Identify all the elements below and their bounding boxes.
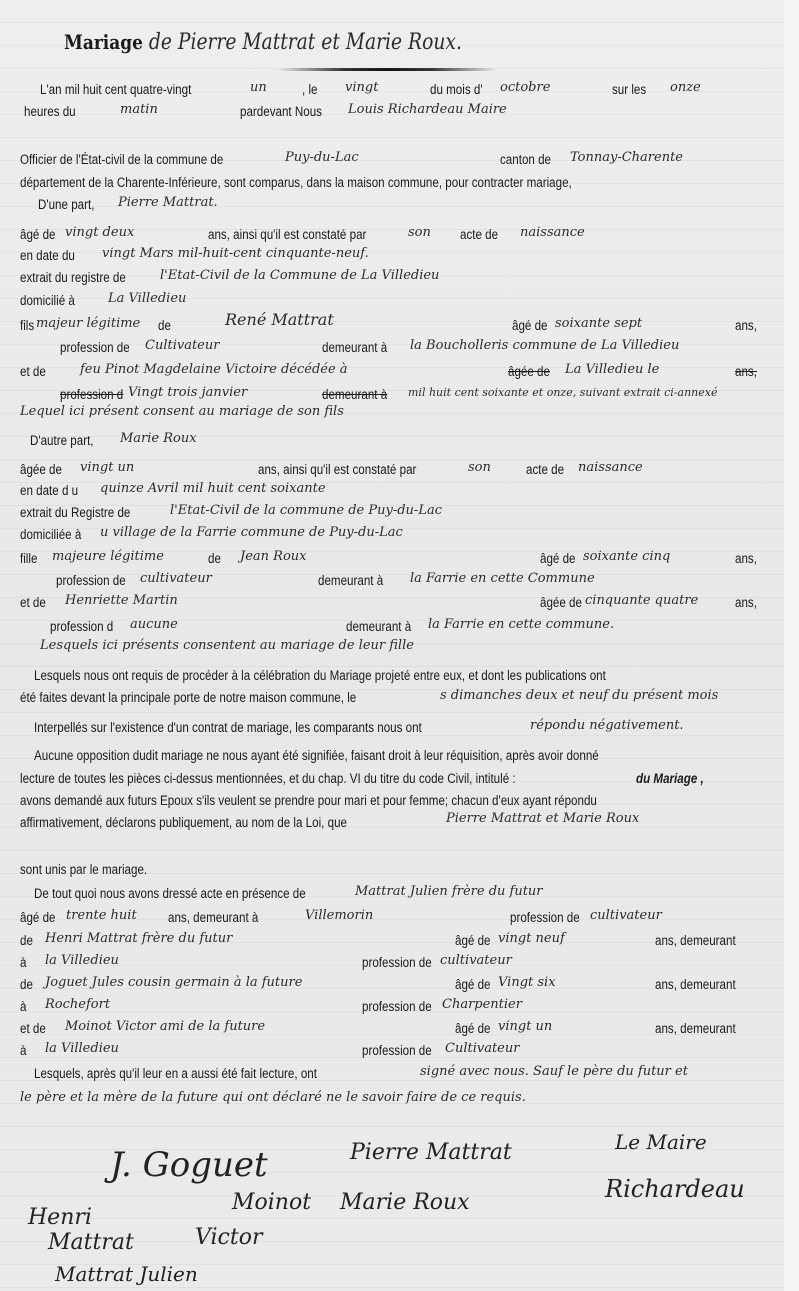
handwritten-bride-mother: Henriette Martin: [65, 593, 178, 609]
printed-text: du Mariage ,: [636, 771, 704, 787]
printed-text: à: [20, 1043, 26, 1059]
printed-text: et de: [20, 364, 46, 380]
signature-victor: Victor: [195, 1225, 262, 1250]
page-edge: [784, 0, 799, 1291]
printed-text: ans, demeurant: [655, 977, 736, 993]
ornament-divider: [277, 68, 497, 71]
handwritten-publication-dates: s dimanches deux et neuf du présent mois: [440, 688, 718, 704]
printed-text: ans,: [735, 595, 757, 611]
handwritten-witness-3: Joguet Jules cousin germain à la future: [45, 975, 302, 991]
printed-text: demeurant à: [322, 387, 387, 403]
printed-text: demeurant à: [346, 619, 411, 635]
handwritten-groom-birthdate: vingt Mars mil-huit-cent cinquante-neuf.: [102, 246, 369, 262]
handwritten-groom-mother: feu Pinot Magdelaine Victoire décédée à: [80, 362, 348, 378]
printed-text: âgée de: [540, 595, 582, 611]
handwritten-bride-birthdate: quinze Avril mil huit cent soixante: [100, 481, 326, 497]
handwritten-text: Vingt six: [498, 975, 556, 991]
printed-text: D'une part,: [38, 197, 94, 213]
handwritten-officer: Louis Richardeau Maire: [348, 102, 507, 118]
handwritten-text: la Boucholleris commune de La Villedieu: [410, 338, 679, 354]
printed-text: pardevant Nous: [240, 104, 322, 120]
printed-text: en date d u: [20, 483, 78, 499]
printed-text: Interpellés sur l'existence d'un contrat…: [34, 720, 422, 736]
printed-text: L'an mil huit cent quatre-vingt: [40, 82, 191, 98]
printed-text: en date du: [20, 248, 75, 264]
signature-mattrat: Mattrat: [48, 1230, 134, 1255]
handwritten-text: soixante sept: [555, 316, 642, 332]
signature-pierre-mattrat: Pierre Mattrat: [350, 1140, 512, 1165]
handwritten-text: la Farrie en cette Commune: [410, 571, 595, 587]
printed-text: Lesquels nous ont requis de procéder à l…: [34, 668, 606, 684]
handwritten-groom-name: Pierre Mattrat.: [118, 195, 218, 211]
printed-text: affirmativement, déclarons publiquement,…: [20, 815, 347, 831]
printed-text: profession d: [50, 619, 113, 635]
record-title: Mariage de Pierre Mattrat et Marie Roux.: [64, 30, 462, 55]
handwritten-text: vingt un: [498, 1019, 552, 1035]
printed-text: sont unis par le mariage.: [20, 862, 147, 878]
handwritten-closing: signé avec nous. Sauf le père du futur e…: [420, 1064, 688, 1080]
printed-text: extrait du Registre de: [20, 505, 130, 521]
handwritten-text: son: [408, 225, 431, 241]
printed-text: âgée de: [508, 364, 550, 380]
printed-text: profession de: [56, 573, 126, 589]
handwritten-text: la Farrie en cette commune.: [428, 617, 614, 633]
printed-text: du mois d': [430, 82, 483, 98]
signature-goguet: J. Goguet: [110, 1145, 268, 1185]
printed-text: âgé de: [455, 933, 491, 949]
handwritten-text: l'Etat-Civil de la commune de Puy-du-Lac: [170, 503, 442, 519]
printed-text: lecture de toutes les pièces ci-dessus m…: [20, 771, 516, 787]
printed-text: domiciliée à: [20, 527, 81, 543]
printed-text: heures du: [24, 104, 76, 120]
printed-text: de: [20, 977, 33, 993]
handwritten-text: La Villedieu le: [565, 362, 659, 378]
handwritten-month: octobre: [500, 80, 550, 96]
printed-text: fils: [20, 318, 34, 334]
printed-text: département de la Charente-Inférieure, s…: [20, 175, 572, 191]
handwritten-text: Charpentier: [442, 997, 522, 1013]
printed-text: Officier de l'État-civil de la commune d…: [20, 152, 223, 168]
printed-text: de: [158, 318, 171, 334]
printed-text: de: [20, 933, 33, 949]
signature-le-maire-label: Le Maire: [615, 1130, 707, 1154]
handwritten-year: un: [250, 80, 267, 96]
handwritten-canton: Tonnay-Charente: [570, 150, 683, 166]
handwritten-text: naissance: [520, 225, 585, 241]
printed-text: De tout quoi nous avons dressé acte en p…: [34, 886, 306, 902]
handwritten-text: mil huit cent soixante et onze, suivant …: [408, 385, 717, 401]
printed-text: Aucune opposition dudit mariage ne nous …: [34, 748, 599, 764]
signature-henri: Henri: [28, 1205, 92, 1230]
printed-text: extrait du registre de: [20, 270, 126, 286]
handwritten-text: cultivateur: [590, 908, 662, 924]
handwritten-text: son: [468, 460, 491, 476]
title-handwritten: de Pierre Mattrat et Marie Roux.: [149, 30, 462, 55]
handwritten-text: Cultivateur: [445, 1041, 519, 1057]
printed-text: , le: [302, 82, 317, 98]
handwritten-text: Villemorin: [305, 908, 373, 924]
handwritten-consent: Lesquels ici présents consentent au mari…: [40, 638, 414, 654]
handwritten-witness-2: Henri Mattrat frère du futur: [45, 931, 232, 947]
printed-text: profession de: [510, 910, 580, 926]
signature-marie-roux: Marie Roux: [340, 1190, 470, 1215]
title-printed: Mariage: [64, 30, 143, 54]
handwritten-bride-father: Jean Roux: [240, 549, 306, 565]
printed-text: ans, ainsi qu'il est constaté par: [208, 227, 366, 243]
printed-text: canton de: [500, 152, 551, 168]
printed-text: âgé de: [455, 1021, 491, 1037]
printed-text: acte de: [526, 462, 564, 478]
handwritten-text: trente huit: [66, 908, 137, 924]
handwritten-text: Rochefort: [45, 997, 110, 1013]
printed-text: Lesquels, après qu'il leur en a aussi ét…: [34, 1066, 317, 1082]
handwritten-text: la Villedieu: [45, 953, 119, 969]
handwritten-text: cultivateur: [140, 571, 212, 587]
printed-text: âgé de: [540, 551, 576, 567]
printed-text: âgé de: [20, 910, 56, 926]
printed-text: acte de: [460, 227, 498, 243]
handwritten-bride-age: vingt un: [80, 460, 134, 476]
printed-text: domicilié à: [20, 293, 75, 309]
printed-text: à: [20, 955, 26, 971]
handwritten-groom-domicile: La Villedieu: [108, 291, 186, 307]
handwritten-text: majeur légitime: [36, 316, 140, 332]
handwritten-contract-answer: répondu négativement.: [530, 718, 684, 734]
printed-text: âgé de: [512, 318, 548, 334]
handwritten-text: majeure légitime: [52, 549, 164, 565]
handwritten-groom-father: René Mattrat: [225, 312, 334, 328]
printed-text: ans, demeurant à: [168, 910, 258, 926]
printed-text: profession d: [60, 387, 123, 403]
printed-text: demeurant à: [322, 340, 387, 356]
printed-text: et de: [20, 595, 46, 611]
printed-text: profession de: [60, 340, 130, 356]
handwritten-text: l'Etat-Civil de la Commune de La Villedi…: [160, 268, 439, 284]
handwritten-consent: Lequel ici présent consent au mariage de…: [20, 404, 344, 420]
printed-text: ans, demeurant: [655, 1021, 736, 1037]
signature-mattrat-julien: Mattrat Julien: [55, 1262, 198, 1286]
handwritten-witness-1: Mattrat Julien frère du futur: [355, 884, 543, 900]
handwritten-commune: Puy-du-Lac: [285, 150, 359, 166]
handwritten-spouses: Pierre Mattrat et Marie Roux: [446, 811, 639, 827]
handwritten-bride-name: Marie Roux: [120, 431, 197, 447]
printed-text: fille: [20, 551, 37, 567]
handwritten-groom-age: vingt deux: [65, 225, 134, 241]
handwritten-bride-domicile: u village de la Farrie commune de Puy-du…: [100, 525, 403, 541]
handwritten-day: vingt: [345, 80, 378, 96]
handwritten-text: soixante cinq: [583, 549, 670, 565]
printed-text: profession de: [362, 999, 432, 1015]
handwritten-text: cinquante quatre: [585, 593, 698, 609]
printed-text: âgé de: [455, 977, 491, 993]
printed-text: ans,: [735, 364, 757, 380]
signature-moinot: Moinot: [232, 1190, 311, 1215]
handwritten-witness-4: Moinot Victor ami de la future: [65, 1019, 265, 1035]
handwritten-closing: le père et la mère de la future qui ont …: [20, 1090, 526, 1106]
printed-text: avons demandé aux futurs Epoux s'ils veu…: [20, 793, 597, 809]
handwritten-text: la Villedieu: [45, 1041, 119, 1057]
handwritten-text: vingt neuf: [498, 931, 565, 947]
handwritten-text: Cultivateur: [145, 338, 219, 354]
printed-text: demeurant à: [318, 573, 383, 589]
printed-text: et de: [20, 1021, 46, 1037]
printed-text: ans,: [735, 551, 757, 567]
printed-text: ans,: [735, 318, 757, 334]
printed-text: âgé de: [20, 227, 56, 243]
printed-text: de: [208, 551, 221, 567]
printed-text: âgée de: [20, 462, 62, 478]
printed-text: à: [20, 999, 26, 1015]
printed-text: été faites devant la principale porte de…: [20, 690, 356, 706]
signature-richardeau: Richardeau: [605, 1175, 745, 1203]
handwritten-text: Vingt trois janvier: [128, 385, 247, 401]
handwritten-hour: onze: [670, 80, 701, 96]
printed-text: profession de: [362, 1043, 432, 1059]
handwritten-text: naissance: [578, 460, 643, 476]
printed-text: ans, demeurant: [655, 933, 736, 949]
printed-text: D'autre part,: [30, 433, 94, 449]
handwritten-time: matin: [120, 102, 158, 118]
marriage-record-page: Mariage de Pierre Mattrat et Marie Roux.…: [0, 0, 788, 1291]
handwritten-text: cultivateur: [440, 953, 512, 969]
handwritten-text: aucune: [130, 617, 178, 633]
printed-text: ans, ainsi qu'il est constaté par: [258, 462, 416, 478]
printed-text: profession de: [362, 955, 432, 971]
printed-text: sur les: [612, 82, 646, 98]
